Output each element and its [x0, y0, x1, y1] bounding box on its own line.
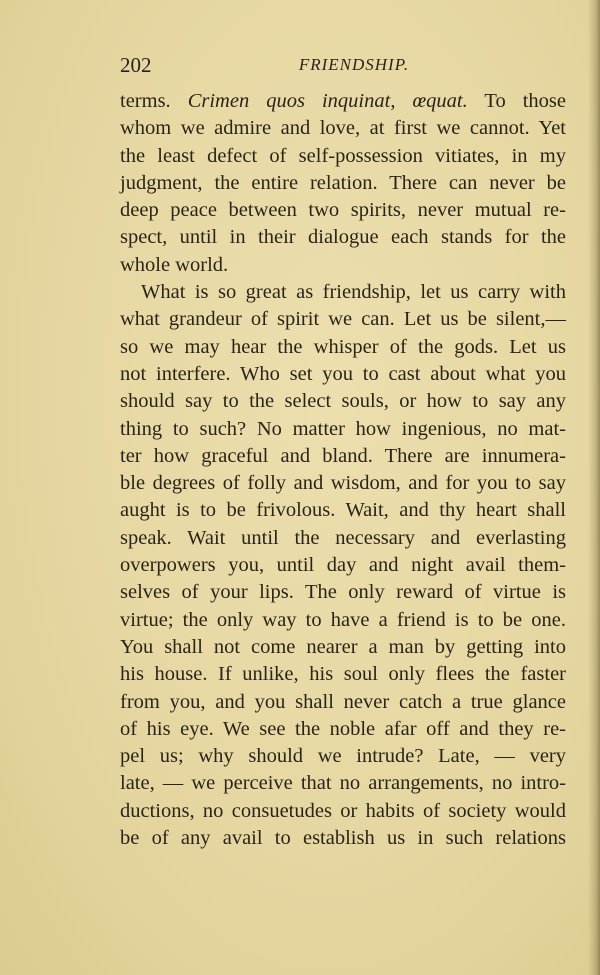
text-line: so we may hear the whisper of the gods. … [120, 334, 566, 361]
text-line: from you, and you shall never catch a tr… [120, 689, 566, 716]
text-line: what grandeur of spirit we can. Let us b… [120, 306, 566, 333]
italic-phrase: Crimen quos inquinat [188, 90, 391, 112]
text-line: the least defect of self-possession viti… [120, 143, 566, 170]
text-line: virtue; the only way to have a friend is… [120, 607, 566, 634]
text-line: terms. Crimen quos inquinat, œquat. To t… [120, 88, 566, 115]
text-line: speak. Wait until the necessary and ever… [120, 525, 566, 552]
text-line: be of any avail to establish us in such … [120, 825, 566, 852]
text-line: pel us; why should we intrude? Late, — v… [120, 743, 566, 770]
text-line: late, — we perceive that no arrangements… [120, 770, 566, 797]
book-page: 202 FRIENDSHIP. terms. Crimen quos inqui… [0, 0, 600, 975]
text-line: whole world. [120, 252, 566, 279]
text-line: spect, until in their dialogue each stan… [120, 224, 566, 251]
text-line: deep peace between two spirits, never mu… [120, 197, 566, 224]
text-line: whom we admire and love, at first we can… [120, 115, 566, 142]
text-line: What is so great as friendship, let us c… [120, 279, 566, 306]
text-line: ductions, no consuetudes or habits of so… [120, 798, 566, 825]
text-line: overpowers you, until day and night avai… [120, 552, 566, 579]
running-head: 202 FRIENDSHIP. [120, 52, 566, 78]
text-line: ble degrees of folly and wisdom, and for… [120, 470, 566, 497]
text-line: not interfere. Who set you to cast about… [120, 361, 566, 388]
italic-phrase: œquat. [412, 90, 467, 112]
text-line: his house. If unlike, his soul only flee… [120, 661, 566, 688]
text-line: ter how graceful and bland. There are in… [120, 443, 566, 470]
text-segment: terms. [120, 90, 188, 112]
body-text: terms. Crimen quos inquinat, œquat. To t… [120, 88, 566, 852]
text-line: You shall not come nearer a man by getti… [120, 634, 566, 661]
text-line: aught is to be frivolous. Wait, and thy … [120, 497, 566, 524]
text-line: thing to such? No matter how ingenious, … [120, 416, 566, 443]
text-segment: , [390, 90, 412, 112]
text-line: selves of your lips. The only reward of … [120, 579, 566, 606]
text-line: of his eye. We see the noble afar off an… [120, 716, 566, 743]
running-title: FRIENDSHIP. [120, 52, 566, 78]
text-segment: To those [468, 90, 566, 112]
text-line: should say to the select souls, or how t… [120, 388, 566, 415]
text-line: judgment, the entire relation. There can… [120, 170, 566, 197]
